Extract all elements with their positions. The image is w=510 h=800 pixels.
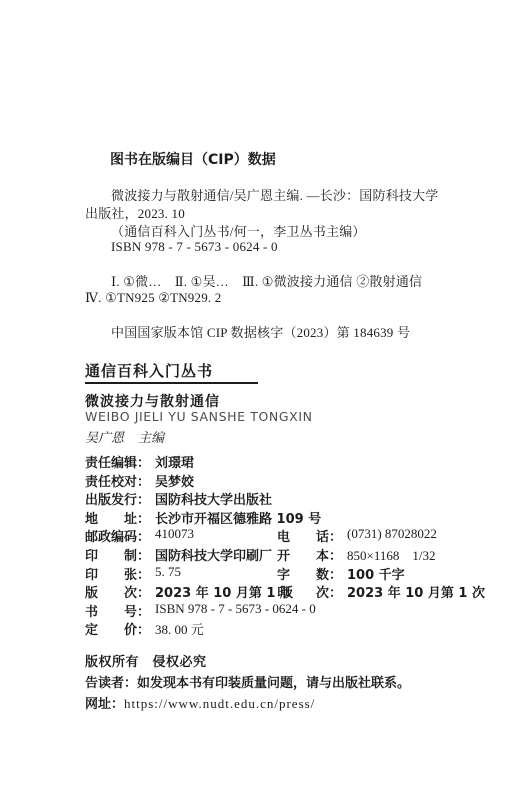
website-line: 网址：https://www.nudt.edu.cn/press/: [85, 693, 315, 712]
reader-notice: 告读者：如发现本书有印装质量问题，请与出版社联系。: [85, 672, 410, 691]
imprint-label: 书 号：: [85, 601, 150, 620]
imprint-label: 地 址：: [85, 508, 150, 527]
imprint-label: 印 次：: [277, 582, 342, 601]
imprint-row: 邮政编码： 410073 电 话： (0731) 87028022: [85, 526, 445, 545]
book-title: 微波接力与散射通信: [85, 391, 220, 411]
imprint-row: 印 制： 国防科技大学印刷厂 开 本： 850×1168 1/32: [85, 545, 445, 564]
author-role: 主编: [138, 430, 164, 445]
imprint-label: 定 价：: [85, 619, 150, 638]
imprint-row: 地 址： 长沙市开福区德雅路 109 号: [85, 508, 445, 527]
imprint-value: 刘璟珺: [155, 452, 194, 471]
imprint-label: 字 数：: [277, 564, 342, 583]
imprint-value: 长沙市开福区德雅路 109 号: [155, 508, 321, 527]
copyright-page: 图书在版编目（CIP）数据 微波接力与散射通信/吴广恩主编. —长沙：国防科技大…: [0, 0, 510, 800]
cip-publication-line2: 出版社，2023. 10: [85, 203, 185, 222]
imprint-row: 印 张： 5. 75 字 数： 100 千字: [85, 564, 445, 583]
cip-record-number: 中国国家版本馆 CIP 数据核字（2023）第 184639 号: [111, 322, 410, 341]
imprint-label: 开 本：: [277, 545, 342, 564]
imprint-row: 版 次： 2023 年 10 月第 1 版 印 次： 2023 年 10 月第 …: [85, 582, 445, 601]
imprint-label: 电 话：: [277, 526, 342, 545]
imprint-value: 38. 00 元: [155, 619, 204, 638]
imprint-value: ISBN 978 - 7 - 5673 - 0624 - 0: [155, 601, 316, 620]
book-title-pinyin: WEIBO JIELI YU SANSHE TONGXIN: [85, 409, 313, 424]
imprint-value: 100 千字: [347, 564, 405, 583]
imprint-label: 印 张：: [85, 564, 150, 583]
series-divider-rule: [85, 382, 258, 384]
cip-isbn: ISBN 978 - 7 - 5673 - 0624 - 0: [111, 239, 278, 255]
cip-publication-line1: 微波接力与散射通信/吴广恩主编. —长沙：国防科技大学: [111, 185, 439, 204]
imprint-table: 责任编辑： 刘璟珺 责任校对： 吴梦姣 出版发行： 国防科技大学出版社 地 址：…: [85, 452, 445, 638]
imprint-row: 定 价： 38. 00 元: [85, 619, 445, 638]
imprint-value: (0731) 87028022: [347, 526, 437, 545]
cip-classification-line2: Ⅳ. ①TN925 ②TN929. 2: [85, 290, 222, 306]
imprint-label: 版 次：: [85, 582, 150, 601]
cip-heading: 图书在版编目（CIP）数据: [110, 149, 276, 169]
imprint-label: 责任校对：: [85, 471, 150, 490]
imprint-value: 5. 75: [155, 564, 181, 583]
imprint-value: 国防科技大学出版社: [155, 489, 272, 508]
author-line: 吴广恩主编: [85, 427, 164, 446]
imprint-row: 书 号： ISBN 978 - 7 - 5673 - 0624 - 0: [85, 601, 445, 620]
imprint-value: 2023 年 10 月第 1 次: [347, 582, 485, 601]
cip-classification-line1: Ⅰ. ①微… Ⅱ. ①吴… Ⅲ. ①微波接力通信 ②散射通信: [111, 271, 422, 290]
author-name: 吴广恩: [85, 430, 124, 445]
imprint-label: 印 制：: [85, 545, 150, 564]
imprint-label: 责任编辑：: [85, 452, 150, 471]
imprint-value: 吴梦姣: [155, 471, 194, 490]
series-title: 通信百科入门丛书: [85, 360, 213, 381]
imprint-row: 出版发行： 国防科技大学出版社: [85, 489, 445, 508]
imprint-value: 国防科技大学印刷厂: [155, 545, 272, 564]
website-label: 网址：: [85, 697, 124, 712]
imprint-value: 850×1168 1/32: [347, 545, 435, 564]
imprint-value: 410073: [155, 526, 194, 545]
website-url: https://www.nudt.edu.cn/press/: [124, 696, 315, 711]
imprint-value: 2023 年 10 月第 1 版: [155, 582, 293, 601]
imprint-label: 出版发行：: [85, 489, 150, 508]
copyright-notice: 版权所有 侵权必究: [85, 651, 207, 670]
cip-series-note: （通信百科入门丛书/何一，李卫丛书主编）: [111, 221, 366, 240]
imprint-row: 责任编辑： 刘璟珺: [85, 452, 445, 471]
imprint-row: 责任校对： 吴梦姣: [85, 471, 445, 490]
imprint-label: 邮政编码：: [85, 526, 150, 545]
